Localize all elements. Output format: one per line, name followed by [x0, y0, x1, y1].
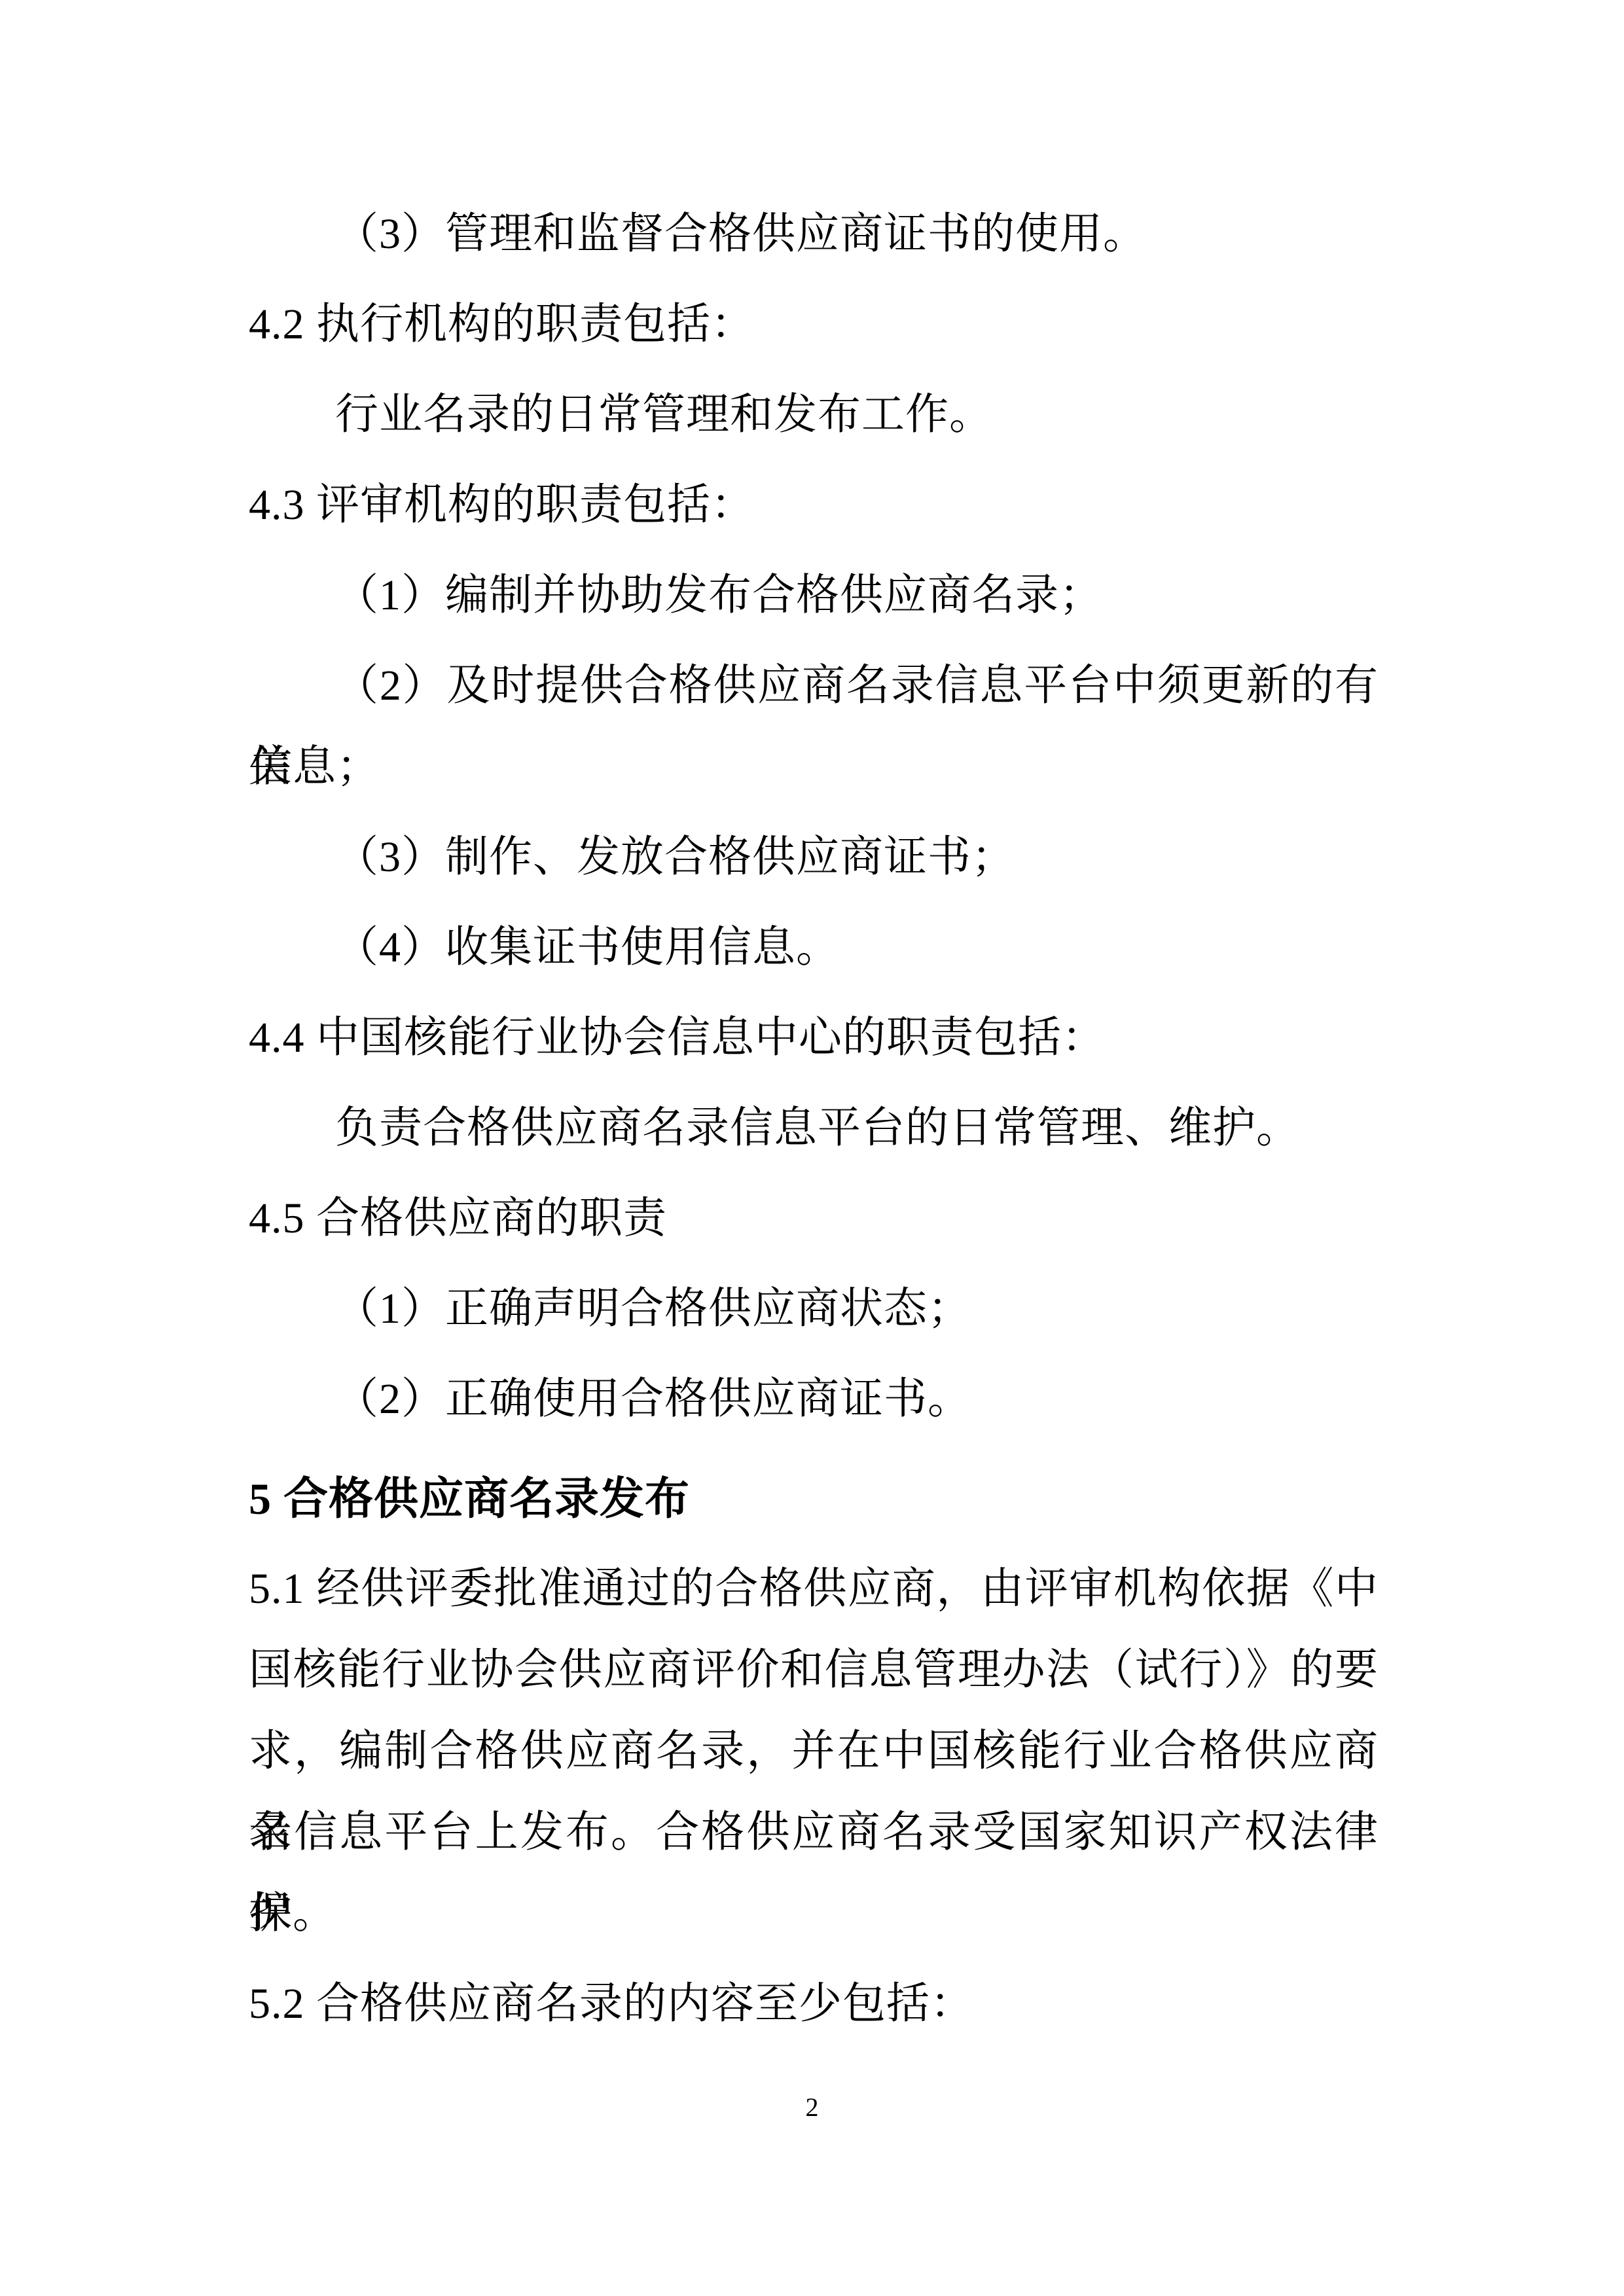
doc-line-clause-4-3: 4.3 评审机构的职责包括：	[249, 465, 1379, 546]
doc-line-clause-4-3-item-1: （1）编制并协助发布合格供应商名录；	[249, 555, 1379, 636]
doc-line-clause-4-2-body: 行业名录的日常管理和发布工作。	[249, 374, 1379, 456]
doc-line-clause-4-3-item-2-line-1: （2）及时提供合格供应商名录信息平台中须更新的有关	[249, 645, 1379, 726]
section-5-heading: 5 合格供应商名录发布	[249, 1458, 1379, 1539]
doc-line-clause-5-1-line-2: 国核能行业协会供应商评价和信息管理办法（试行）》的要	[249, 1630, 1379, 1711]
doc-line-clause-4-5-item-2: （2）正确使用合格供应商证书。	[249, 1359, 1379, 1440]
doc-line-clause-5-1-line-1: 5.1 经供评委批准通过的合格供应商，由评审机构依据《中	[249, 1549, 1379, 1630]
doc-line-clause-5-1-line-4: 录信息平台上发布。合格供应商名录受国家知识产权法律保	[249, 1792, 1379, 1873]
document-page: （3）管理和监督合格供应商证书的使用。 4.2 执行机构的职责包括： 行业名录的…	[0, 0, 1624, 2296]
document-body: （3）管理和监督合格供应商证书的使用。 4.2 执行机构的职责包括： 行业名录的…	[249, 194, 1379, 2045]
doc-line-clause-5-2: 5.2 合格供应商名录的内容至少包括：	[249, 1964, 1379, 2045]
doc-line-clause-4-1-item-3: （3）管理和监督合格供应商证书的使用。	[249, 194, 1379, 275]
doc-line-clause-4-5-item-1: （1）正确声明合格供应商状态；	[249, 1268, 1379, 1350]
doc-line-clause-5-1-line-5: 护。	[249, 1873, 1379, 1954]
doc-line-clause-4-2: 4.2 执行机构的职责包括：	[249, 284, 1379, 365]
doc-line-clause-4-3-item-3: （3）制作、发放合格供应商证书；	[249, 817, 1379, 898]
doc-line-clause-4-3-item-4: （4）收集证书使用信息。	[249, 907, 1379, 988]
doc-line-clause-4-4: 4.4 中国核能行业协会信息中心的职责包括：	[249, 997, 1379, 1079]
doc-line-clause-4-5: 4.5 合格供应商的职责	[249, 1178, 1379, 1259]
doc-line-clause-5-1-line-3: 求，编制合格供应商名录，并在中国核能行业合格供应商名	[249, 1711, 1379, 1792]
doc-line-clause-4-3-item-2-line-2: 信息；	[249, 726, 1379, 808]
page-number: 2	[0, 2092, 1624, 2123]
doc-line-clause-4-4-body: 负责合格供应商名录信息平台的日常管理、维护。	[249, 1088, 1379, 1169]
